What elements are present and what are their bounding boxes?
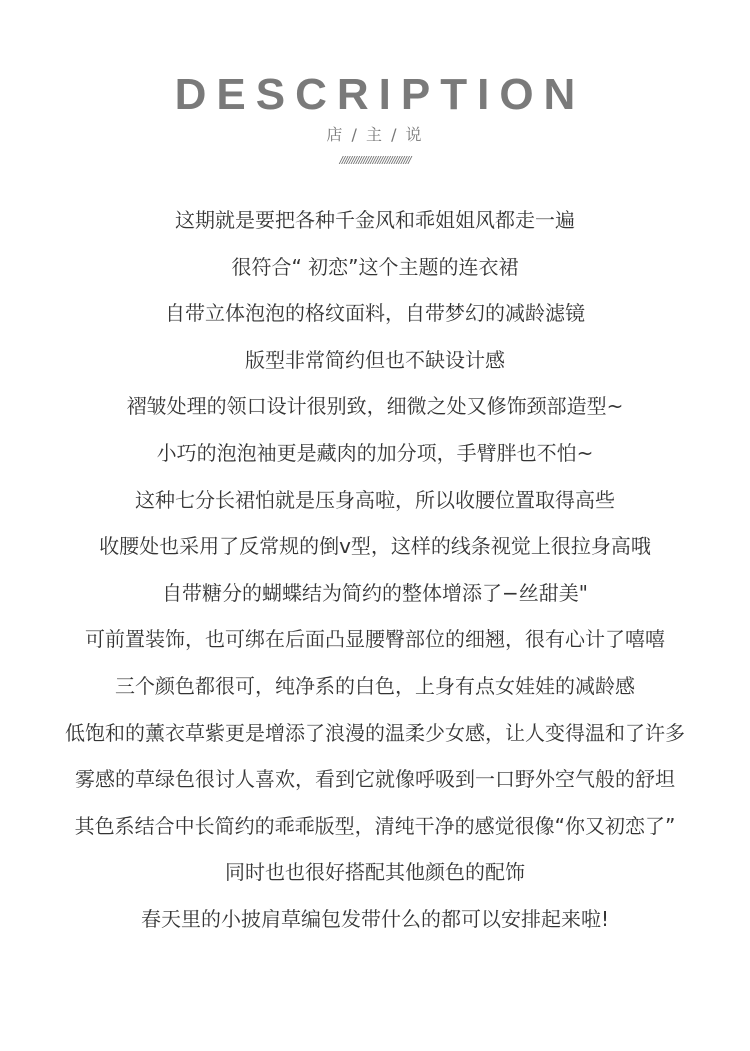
page-subtitle: 店 / 主 / 说 bbox=[0, 124, 750, 146]
description-line: 春天里的小披肩草编包发带什么的都可以安排起来啦! bbox=[0, 899, 750, 946]
page-title: DESCRIPTION bbox=[10, 70, 750, 120]
description-line: 可前置装饰，也可绑在后面凸显腰臀部位的细翘，很有心计了嘻嘻 bbox=[0, 619, 750, 666]
description-line: 小巧的泡泡袖更是藏肉的加分项，手臂胖也不怕~ bbox=[0, 433, 750, 480]
description-line: 这期就是要把各种千金风和乖姐姐风都走一遍 bbox=[0, 200, 750, 247]
description-line: 三个颜色都很可，纯净系的白色，上身有点女娃娃的减龄感 bbox=[0, 666, 750, 713]
description-body: 这期就是要把各种千金风和乖姐姐风都走一遍 很符合“ 初恋”这个主题的连衣裙 自带… bbox=[0, 200, 750, 946]
description-header: DESCRIPTION 店 / 主 / 说 //////////////////… bbox=[0, 70, 750, 168]
description-line: 其色系结合中长简约的乖乖版型，清纯干净的感觉很像“你又初恋了” bbox=[0, 806, 750, 853]
description-line: 这种七分长裙怕就是压身高啦，所以收腰位置取得高些 bbox=[0, 480, 750, 527]
description-line: 自带立体泡泡的格纹面料，自带梦幻的减龄滤镜 bbox=[0, 293, 750, 340]
description-line: 版型非常简约但也不缺设计感 bbox=[0, 340, 750, 387]
decorative-divider: ////////////////////////////// bbox=[0, 154, 750, 168]
description-line: 收腰处也采用了反常规的倒v型，这样的线条视觉上很拉身高哦 bbox=[0, 526, 750, 573]
description-line: 低饱和的薰衣草紫更是增添了浪漫的温柔少女感，让人变得温和了许多 bbox=[0, 713, 750, 760]
description-line: 自带糖分的蝴蝶结为简约的整体增添了−丝甜美" bbox=[0, 573, 750, 620]
description-line: 同时也也很好搭配其他颜色的配饰 bbox=[0, 852, 750, 899]
description-line: 很符合“ 初恋”这个主题的连衣裙 bbox=[0, 247, 750, 294]
description-line: 褶皱处理的领口设计很别致，细微之处又修饰颈部造型~ bbox=[0, 386, 750, 433]
description-line: 雾感的草绿色很讨人喜欢，看到它就像呼吸到一口野外空气般的舒坦 bbox=[0, 759, 750, 806]
